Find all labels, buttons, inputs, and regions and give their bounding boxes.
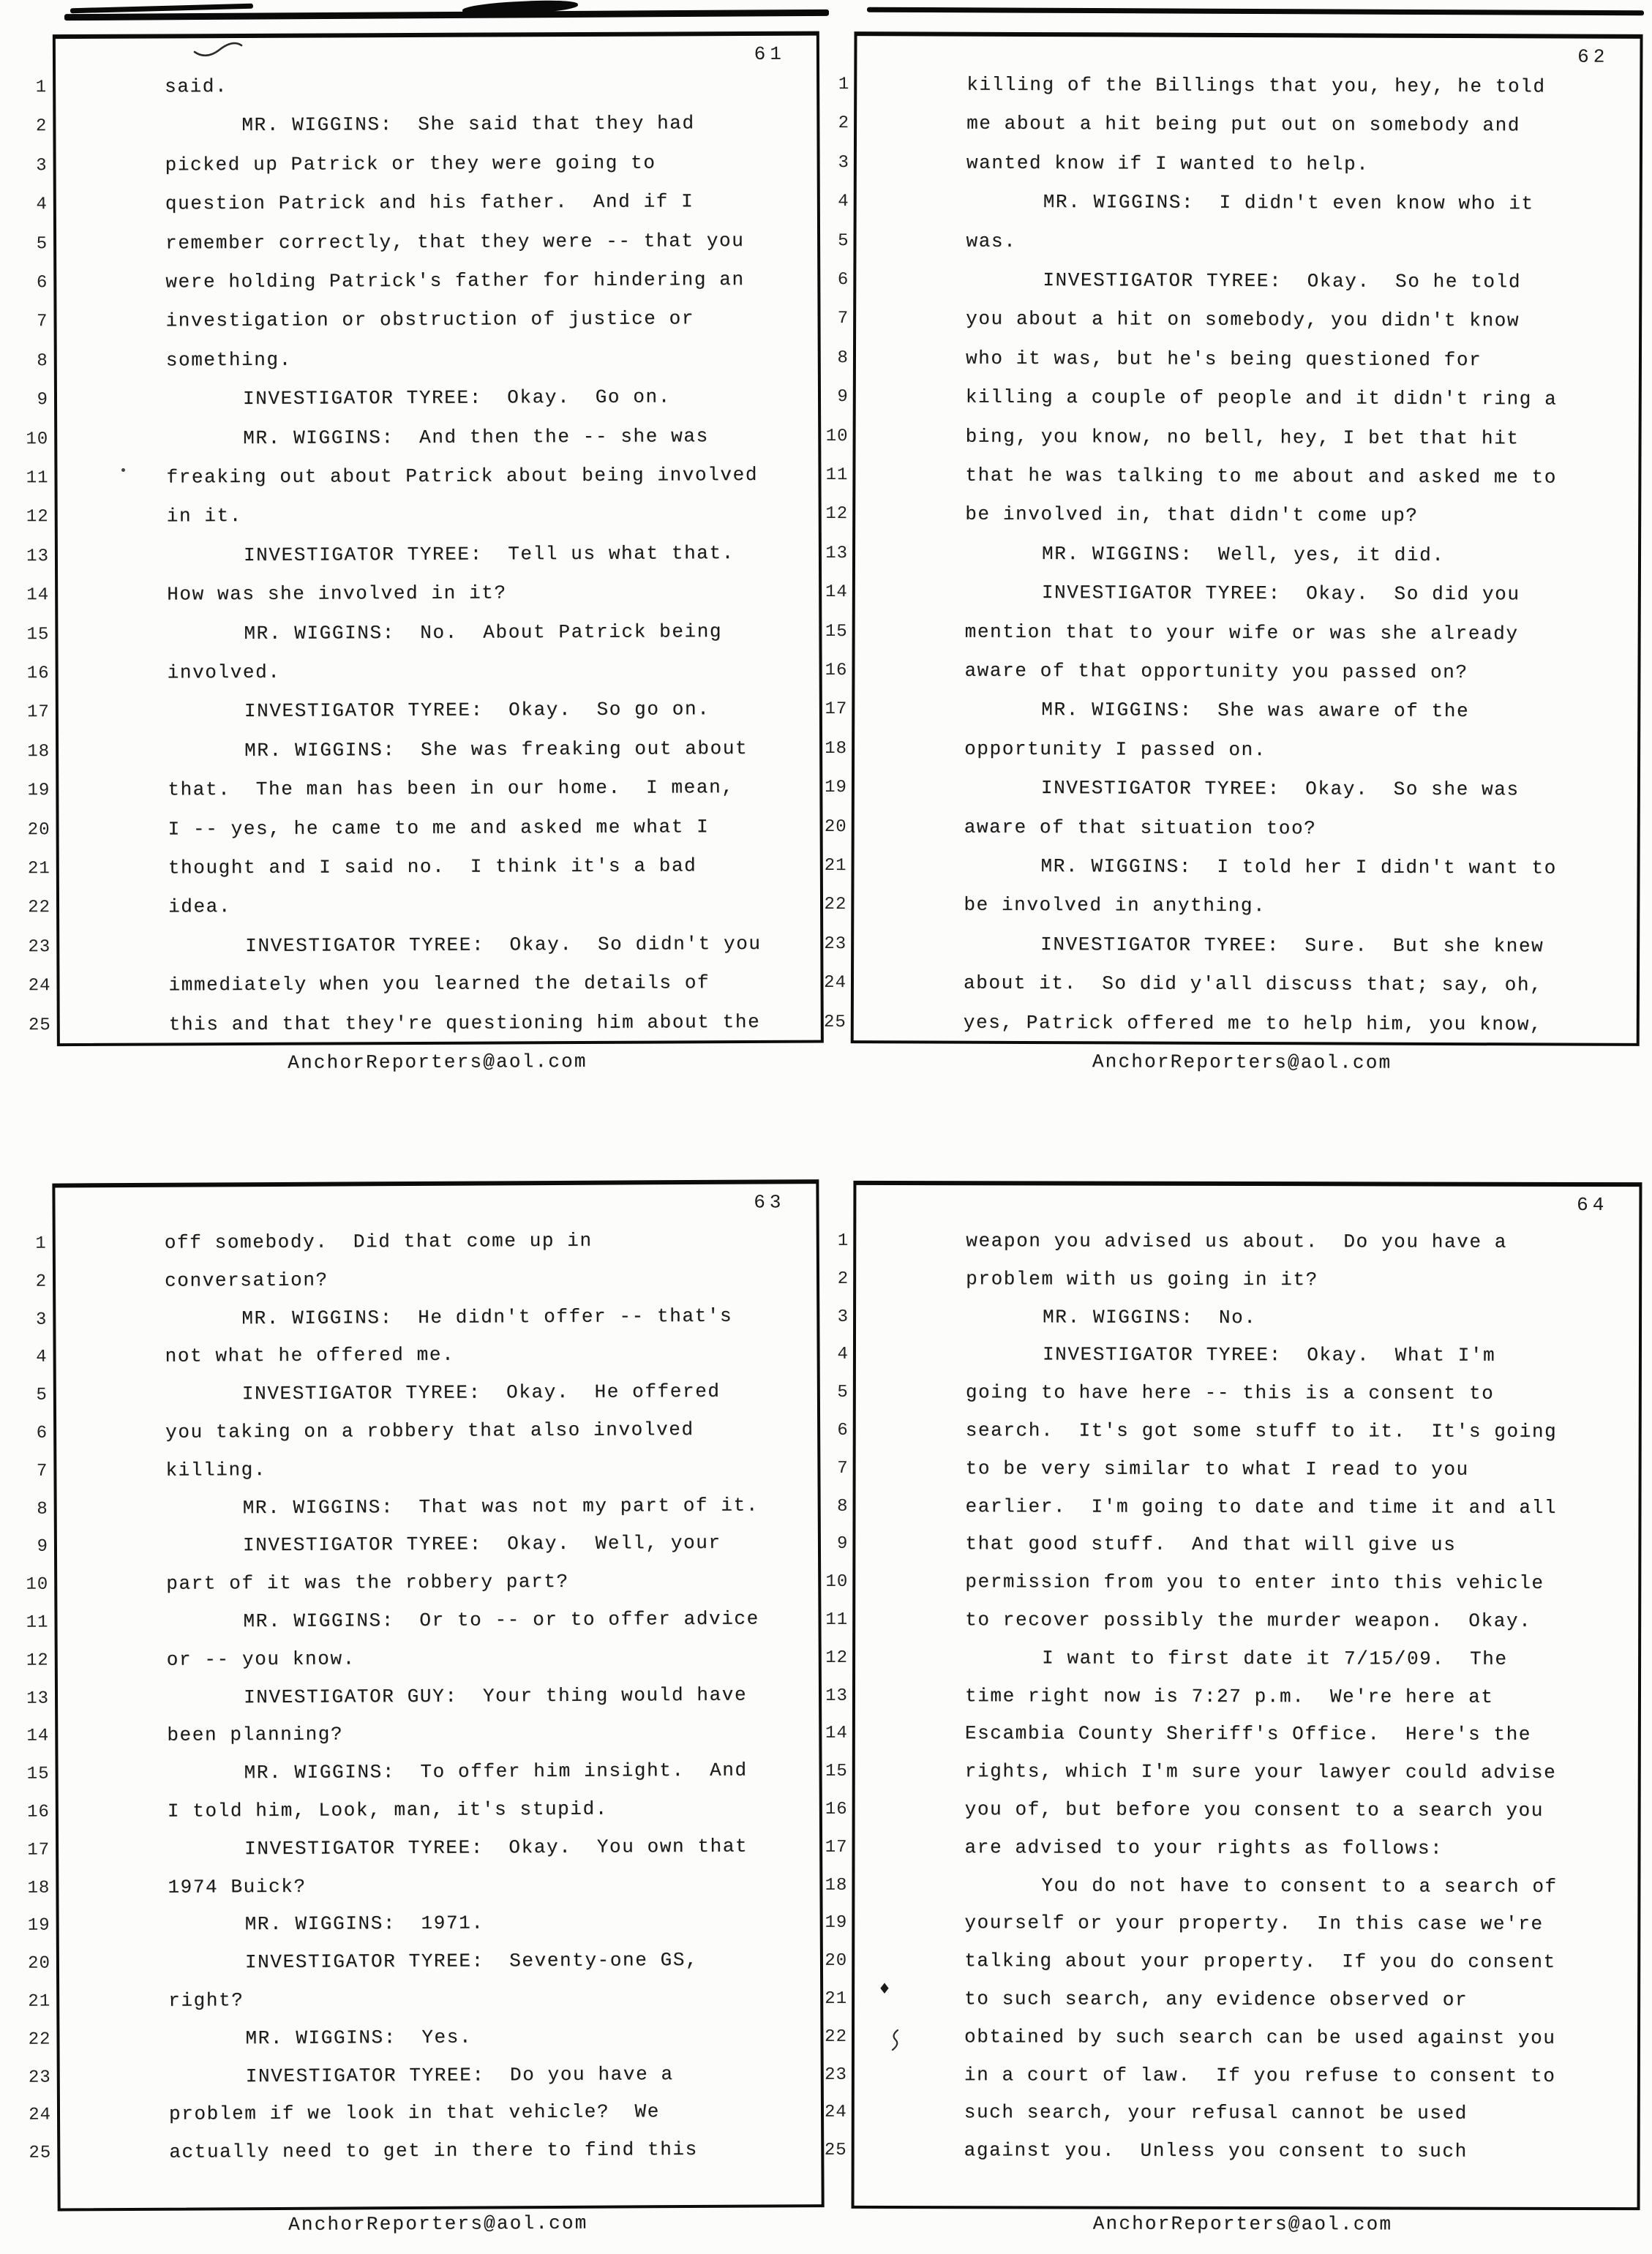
transcript-line: MR. WIGGINS: He didn't offer -- that's	[241, 1305, 732, 1330]
line-number: 17	[802, 699, 847, 719]
transcript-line: INVESTIGATOR TYREE: Okay. What I'm	[1043, 1343, 1495, 1366]
transcript-line: INVESTIGATOR TYREE: Do you have a	[246, 2063, 674, 2087]
transcript-line: time right now is 7:27 p.m. We're here a…	[965, 1685, 1494, 1708]
transcript-line: that he was talking to me about and aske…	[965, 465, 1557, 489]
transcript-line: investigation or obstruction of justice …	[165, 307, 694, 331]
line-number: 20	[802, 817, 847, 837]
transcript-line: MR. WIGGINS: Yes.	[245, 2026, 472, 2050]
line-number: 8	[803, 348, 849, 368]
transcript-line: to recover possibly the murder weapon. O…	[965, 1609, 1531, 1632]
transcript-line: such search, your refusal cannot be used	[964, 2101, 1468, 2124]
line-number: 11	[803, 465, 848, 485]
line-number: 21	[802, 856, 847, 876]
transcript-line: killing a couple of people and it didn't…	[966, 386, 1558, 410]
transcript-line: MR. WIGGINS: I didn't even know who it	[1043, 191, 1534, 214]
page-border-box: 61	[53, 31, 824, 1047]
transcript-line: been planning?	[167, 1724, 343, 1746]
transcript-line: INVESTIGATOR TYREE: Okay. So did you	[1042, 582, 1520, 605]
line-number: 16	[803, 1800, 848, 1819]
line-number: 15	[803, 622, 848, 642]
line-number: 19	[4, 781, 50, 800]
transcript-line: thought and I said no. I think it's a ba…	[168, 854, 697, 879]
line-number: 25	[801, 1013, 846, 1032]
line-number: 11	[803, 1610, 848, 1630]
line-number: 24	[5, 976, 50, 996]
transcript-line: actually need to get in there to find th…	[169, 2138, 698, 2163]
scanned-transcript-sheet: ♦ 611said.2MR. WIGGINS: She said that th…	[0, 0, 1652, 2254]
transcript-line: weapon you advised us about. Do you have…	[966, 1230, 1507, 1253]
line-number: 7	[803, 309, 849, 328]
line-number: 1	[1, 1234, 47, 1254]
transcript-line: MR. WIGGINS: She said that they had	[241, 112, 694, 136]
line-number: 14	[4, 1727, 49, 1746]
line-number: 2	[804, 113, 849, 133]
line-number: 20	[5, 820, 50, 840]
transcript-line: talking about your property. If you do c…	[964, 1950, 1556, 1973]
line-number: 10	[803, 427, 849, 446]
transcript-line: INVESTIGATOR GUY: Your thing would have	[244, 1684, 747, 1709]
transcript-line: MR. WIGGINS: That was not my part of it.	[243, 1495, 759, 1519]
transcript-line: yourself or your property. In this case …	[964, 1912, 1543, 1935]
line-number: 23	[801, 934, 846, 954]
transcript-line: INVESTIGATOR TYREE: Okay. So go on.	[244, 698, 710, 722]
transcript-line: MR. WIGGINS: I told her I didn't want to	[1041, 855, 1557, 879]
transcript-line: involved.	[168, 661, 281, 684]
transcript-page: 641weapon you advised us about. Do you h…	[825, 1127, 1652, 2254]
transcript-line: You do not have to consent to a search o…	[1041, 1874, 1557, 1897]
transcript-line: INVESTIGATOR TYREE: Okay. Well, your	[243, 1532, 721, 1556]
transcript-line: I -- yes, he came to me and asked me wha…	[168, 816, 710, 840]
transcript-line: MR. WIGGINS: Or to -- or to offer advice	[243, 1608, 759, 1633]
line-number: 16	[802, 661, 847, 680]
transcript-line: yes, Patrick offered me to help him, you…	[964, 1012, 1542, 1036]
transcript-line: picked up Patrick or they were going to	[165, 152, 656, 176]
transcript-line: INVESTIGATOR TYREE: Okay. He offered	[242, 1380, 721, 1405]
line-number: 4	[2, 195, 48, 214]
line-number: 15	[4, 1765, 50, 1784]
line-number: 2	[1, 116, 47, 136]
line-number: 7	[803, 1459, 849, 1479]
line-number: 6	[803, 270, 849, 290]
transcript-line: killing of the Billings that you, hey, h…	[966, 74, 1545, 98]
transcript-line: mention that to your wife or was she alr…	[965, 621, 1519, 645]
line-number: 17	[4, 702, 50, 722]
line-number: 7	[2, 312, 48, 331]
transcript-line: said.	[165, 75, 228, 97]
line-number: 14	[4, 585, 49, 605]
line-number: 6	[2, 273, 48, 293]
transcript-line: bing, you know, no bell, hey, I bet that…	[966, 426, 1520, 450]
line-number: 13	[4, 546, 49, 566]
line-number: 10	[803, 1572, 848, 1592]
line-number: 14	[803, 582, 848, 602]
transcript-line: be involved in anything.	[964, 894, 1266, 917]
transcript-line: you of, but before you consent to a sear…	[965, 1798, 1544, 1822]
transcript-line: obtained by such search can be used agai…	[964, 2026, 1556, 2049]
line-number: 16	[4, 1803, 50, 1822]
line-number: 21	[802, 1989, 847, 2009]
transcript-line: conversation?	[165, 1269, 328, 1292]
line-number: 8	[3, 1500, 48, 1519]
transcript-line: problem if we look in that vehicle? We	[169, 2100, 660, 2125]
transcript-line: INVESTIGATOR TYREE: Tell us what that.	[244, 542, 735, 566]
line-number: 4	[2, 1348, 48, 1367]
line-number: 9	[803, 387, 849, 407]
transcript-line: or -- you know.	[167, 1648, 356, 1670]
transcript-line: be involved in, that didn't come up?	[965, 503, 1418, 527]
transcript-line: against you. Unless you consent to such	[964, 2139, 1468, 2162]
transcript-line: MR. WIGGINS: No. About Patrick being	[244, 620, 722, 645]
line-number: 10	[3, 1575, 48, 1595]
line-number: 3	[1, 1310, 47, 1330]
transcript-line: MR. WIGGINS: No.	[1043, 1306, 1257, 1329]
line-number: 9	[3, 1537, 48, 1557]
transcript-line: INVESTIGATOR TYREE: Okay. Go on.	[243, 386, 671, 410]
line-number: 21	[5, 1992, 50, 2012]
line-number: 9	[803, 1534, 848, 1554]
transcript-line: wanted know if I wanted to help.	[966, 152, 1370, 176]
transcript-line: earlier. I'm going to date and time it a…	[965, 1495, 1557, 1519]
line-number: 24	[801, 973, 846, 993]
transcript-line: you taking on a robbery that also involv…	[165, 1419, 694, 1443]
transcript-line: freaking out about Patrick about being i…	[166, 464, 758, 489]
transcript-line: going to have here -- this is a consent …	[966, 1381, 1495, 1405]
line-number: 11	[3, 468, 48, 488]
line-number: 25	[6, 1015, 51, 1035]
line-number: 3	[803, 1307, 849, 1327]
transcript-line: you about a hit on somebody, you didn't …	[966, 308, 1520, 332]
line-number: 22	[5, 898, 50, 917]
transcript-line: not what he offered me.	[165, 1344, 455, 1367]
line-number: 18	[802, 1876, 847, 1896]
line-number: 1	[803, 1231, 849, 1251]
line-number: 22	[5, 2030, 50, 2050]
line-number: 11	[3, 1613, 48, 1633]
transcript-line: killing.	[165, 1459, 266, 1481]
line-number: 12	[4, 1651, 49, 1671]
page-number: 62	[1577, 46, 1609, 68]
line-number: 18	[802, 739, 847, 759]
line-number: 17	[4, 1841, 50, 1860]
line-number: 23	[5, 937, 50, 957]
transcript-line: something.	[166, 349, 292, 372]
line-number: 1	[804, 75, 849, 94]
transcript-line: MR. WIGGINS: Well, yes, it did.	[1042, 543, 1445, 566]
transcript-line: MR. WIGGINS: 1971.	[245, 1912, 484, 1935]
transcript-line: part of it was the robbery part?	[166, 1571, 569, 1595]
line-number: 4	[804, 192, 849, 211]
line-number: 10	[3, 429, 48, 449]
transcript-line: INVESTIGATOR TYREE: Okay. You own that	[244, 1836, 748, 1860]
reporter-email-footer: AnchorReporters@aol.com	[58, 2211, 819, 2236]
line-number: 6	[803, 1421, 849, 1440]
page-number: 63	[754, 1191, 785, 1213]
transcript-line: search. It's got some stuff to it. It's …	[966, 1419, 1558, 1443]
transcript-line: are advised to your rights as follows:	[965, 1836, 1443, 1859]
transcript-line: I want to first date it 7/15/09. The	[1042, 1647, 1508, 1669]
transcript-line: INVESTIGATOR TYREE: Sure. But she knew	[1040, 933, 1544, 957]
line-number: 9	[3, 390, 48, 410]
line-number: 16	[4, 664, 50, 683]
line-number: 25	[802, 2141, 847, 2160]
transcript-line: INVESTIGATOR TYREE: Okay. So he told	[1043, 269, 1521, 293]
transcript-line: INVESTIGATOR TYREE: Okay. So she was	[1041, 777, 1520, 800]
line-number: 22	[802, 2027, 847, 2047]
line-number: 7	[2, 1462, 48, 1481]
line-number: 1	[1, 78, 47, 97]
transcript-line: I told him, Look, man, it's stupid.	[168, 1798, 608, 1822]
transcript-line: to be very similar to what I read to you	[966, 1457, 1469, 1480]
line-number: 19	[802, 1913, 847, 1933]
transcript-line: aware of that situation too?	[964, 816, 1317, 840]
line-number: 5	[803, 1383, 849, 1402]
transcript-line: about it. So did y'all discuss that; say…	[964, 972, 1542, 996]
line-number: 20	[5, 1954, 50, 1974]
line-number: 15	[4, 625, 49, 645]
transcript-line: MR. WIGGINS: To offer him insight. And	[244, 1759, 748, 1784]
line-number: 14	[803, 1724, 848, 1743]
transcript-line: opportunity I passed on.	[964, 738, 1266, 761]
transcript-line: off somebody. Did that come up in	[165, 1230, 593, 1254]
line-number: 12	[803, 504, 848, 524]
transcript-line: that. The man has been in our home. I me…	[168, 776, 734, 800]
transcript-line: in it.	[167, 505, 242, 527]
reporter-email-footer: AnchorReporters@aol.com	[851, 2212, 1634, 2236]
line-number: 18	[4, 1879, 50, 1898]
transcript-line: problem with us going in it?	[966, 1268, 1318, 1291]
transcript-line: INVESTIGATOR TYREE: Seventy-one GS,	[245, 1949, 698, 1973]
transcript-line: question Patrick and his father. And if …	[165, 190, 694, 214]
transcript-line: permission from you to enter into this v…	[965, 1571, 1544, 1594]
transcript-line: me about a hit being put out on somebody…	[966, 113, 1520, 137]
line-number: 19	[802, 778, 847, 797]
transcript-line: MR. WIGGINS: She was freaking out about	[244, 737, 748, 762]
transcript-line: right?	[168, 1989, 244, 2012]
page-number: 64	[1577, 1194, 1608, 1216]
line-number: 4	[803, 1345, 849, 1364]
reporter-email-footer: AnchorReporters@aol.com	[851, 1050, 1634, 1075]
transcript-line: rights, which I'm sure your lawyer could…	[965, 1760, 1557, 1784]
line-number: 5	[2, 234, 48, 254]
line-number: 8	[803, 1497, 848, 1517]
transcript-page: 621killing of the Billings that you, hey…	[824, 0, 1652, 1128]
line-number: 2	[1, 1272, 47, 1292]
page-number: 61	[754, 43, 786, 65]
line-number: 23	[802, 2065, 847, 2085]
line-number: 15	[803, 1762, 848, 1781]
transcript-line: that good stuff. And that will give us	[965, 1533, 1456, 1555]
transcript-line: Escambia County Sheriff's Office. Here's…	[965, 1722, 1531, 1746]
reporter-email-footer: AnchorReporters@aol.com	[57, 1050, 818, 1075]
transcript-line: aware of that opportunity you passed on?	[964, 660, 1468, 683]
line-number: 20	[802, 1951, 847, 1971]
transcript-line: INVESTIGATOR TYREE: Okay. So didn't you	[245, 933, 761, 957]
line-number: 21	[5, 859, 50, 879]
transcript-line: who it was, but he's being questioned fo…	[966, 348, 1482, 371]
transcript-line: idea.	[168, 895, 231, 917]
transcript-line: were holding Patrick's father for hinder…	[165, 268, 744, 293]
line-number: 23	[6, 2068, 51, 2088]
line-number: 18	[4, 742, 50, 762]
line-number: 24	[802, 2103, 847, 2122]
line-number: 19	[5, 1916, 50, 1936]
line-number: 22	[801, 895, 846, 914]
line-number: 3	[804, 153, 849, 173]
transcript-line: was.	[966, 230, 1016, 252]
line-number: 3	[2, 156, 48, 176]
transcript-line: in a court of law. If you refuse to cons…	[964, 2064, 1556, 2087]
line-number: 12	[4, 507, 49, 527]
line-number: 5	[2, 1386, 48, 1405]
transcript-line: remember correctly, that they were -- th…	[165, 230, 744, 254]
transcript-line: MR. WIGGINS: And then the -- she was	[243, 425, 709, 449]
line-number: 24	[6, 2105, 51, 2125]
line-number: 8	[3, 351, 48, 371]
line-number: 13	[803, 544, 848, 563]
line-number: 25	[6, 2144, 51, 2163]
transcript-page: 611said.2MR. WIGGINS: She said that they…	[0, 0, 828, 1128]
transcript-line: to such search, any evidence observed or	[964, 1988, 1468, 2010]
line-number: 5	[803, 231, 849, 251]
transcript-page: 631off somebody. Did that come up in2con…	[0, 1125, 829, 2254]
transcript-line: 1974 Buick?	[168, 1876, 306, 1898]
transcript-line: this and that they're questioning him ab…	[169, 1011, 761, 1036]
line-number: 6	[2, 1424, 48, 1443]
line-number: 13	[803, 1686, 848, 1706]
line-number: 17	[803, 1838, 848, 1857]
line-number: 13	[4, 1689, 49, 1709]
transcript-line: immediately when you learned the details…	[168, 972, 710, 996]
transcript-line: MR. WIGGINS: She was aware of the	[1041, 699, 1469, 722]
transcript-line: How was she involved in it?	[167, 582, 507, 605]
line-number: 12	[803, 1648, 848, 1668]
line-number: 2	[803, 1269, 849, 1289]
